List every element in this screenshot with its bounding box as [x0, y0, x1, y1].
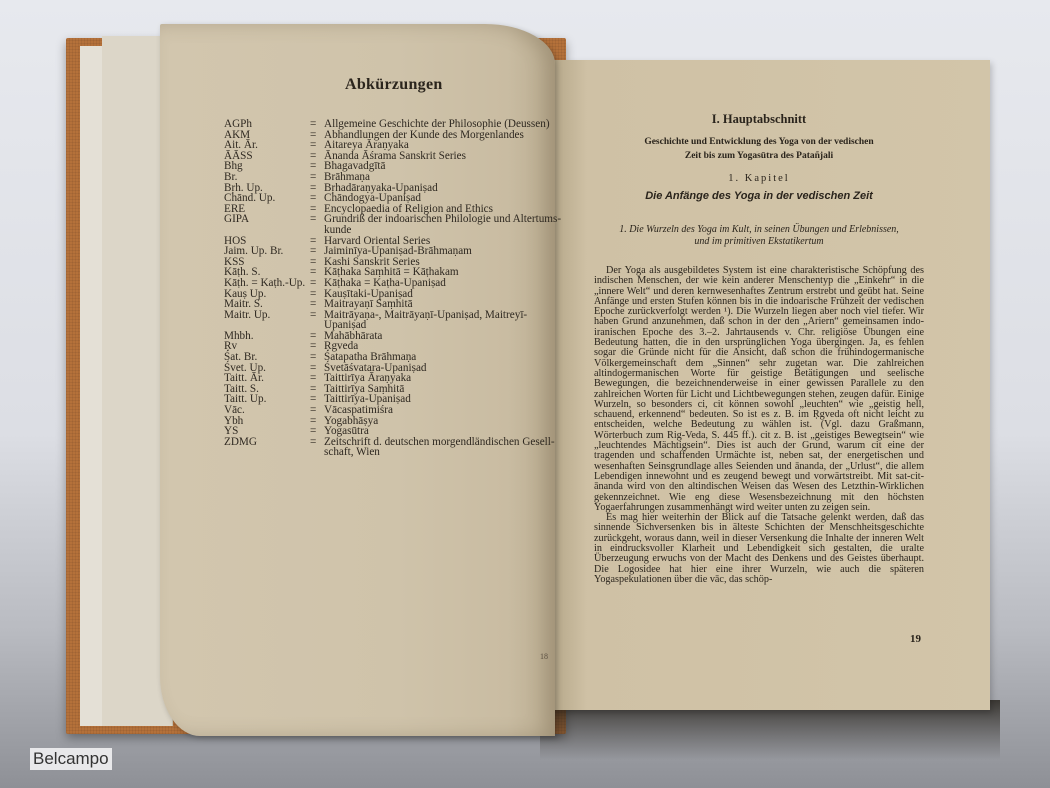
left-page-number: 18: [540, 652, 548, 661]
abbreviation-row: ĀĀSS=Ānanda Āśrama Sanskrit Series: [224, 151, 554, 162]
chapter-content: I. Hauptabschnitt Geschichte und Entwick…: [594, 112, 924, 585]
section-subtitle-1: Geschichte und Entwicklung des Yoga von …: [594, 135, 924, 149]
watermark-label: Belcampo: [30, 748, 112, 770]
abbreviation-row: Kāṭh. = Kaṭh.-Up.=Kāṭhaka = Kaṭha-Upaniṣ…: [224, 278, 554, 289]
abbreviations-list: AGPh=Allgemeine Geschichte der Philosoph…: [224, 119, 554, 458]
body-text: Der Yoga als ausgebildetes System ist ei…: [594, 266, 924, 585]
chapter-title: Die Anfänge des Yoga in der vedischen Ze…: [594, 190, 924, 202]
abbreviation-row: schaft, Wien: [224, 447, 554, 458]
equals-sign: [310, 447, 324, 458]
abbreviation-row: GIPA=Grundriß der indoarischen Philologi…: [224, 214, 554, 225]
paragraph: Es mag hier weiterhin der Blick auf die …: [594, 513, 924, 585]
abbreviation-value: Mahābhārata: [324, 331, 554, 342]
abbreviation-key: Br.: [224, 172, 310, 183]
abbreviation-key: Kāṭh. = Kaṭh.-Up.: [224, 278, 310, 289]
abbreviation-value: Allgemeine Geschichte der Philosophie (D…: [324, 119, 554, 130]
abbreviation-row: Maitr. Up.=Maitrāyaṇa-, Maitrāyaṇī-Upani…: [224, 310, 554, 321]
abbreviation-row: AGPh=Allgemeine Geschichte der Philosoph…: [224, 119, 554, 130]
equals-sign: =: [310, 119, 324, 130]
subsection-heading-2: und im primitiven Ekstatikertum: [594, 236, 924, 248]
abbreviation-value: kunde: [324, 225, 554, 236]
right-page-number: 19: [910, 633, 921, 645]
abbreviation-row: kunde: [224, 225, 554, 236]
subsection-heading-1: 1. Die Wurzeln des Yoga im Kult, in sein…: [594, 224, 924, 236]
equals-sign: =: [310, 310, 324, 321]
abbreviation-row: Ybh=Yogabhāṣya: [224, 416, 554, 427]
section-heading: I. Hauptabschnitt: [594, 112, 924, 127]
abbreviation-row: Vāc.=Vācaspatimiśra: [224, 405, 554, 416]
paragraph: Der Yoga als ausgebildetes System ist ei…: [594, 266, 924, 513]
equals-sign: [310, 225, 324, 236]
section-subtitle-2: Zeit bis zum Yogasūtra des Patañjali: [594, 149, 924, 163]
abbreviation-key: [224, 447, 310, 458]
equals-sign: =: [310, 214, 324, 225]
abbreviation-key: GIPA: [224, 214, 310, 225]
abbreviation-value: Grundriß der indoarischen Philologie und…: [324, 214, 561, 225]
abbreviation-key: Maitr. Up.: [224, 310, 310, 321]
abbreviation-key: [224, 225, 310, 236]
abbreviation-value: Brāhmaṇa: [324, 172, 554, 183]
abbreviation-value: schaft, Wien: [324, 447, 554, 458]
equals-sign: =: [310, 437, 324, 448]
chapter-number: 1. Kapitel: [594, 173, 924, 184]
abbreviation-key: ZDMG: [224, 437, 310, 448]
equals-sign: =: [310, 278, 324, 289]
equals-sign: =: [310, 172, 324, 183]
abbreviation-value: Kāṭhaka = Kaṭha-Upaniṣad: [324, 278, 554, 289]
abbreviation-row: Upaniṣad: [224, 320, 554, 331]
abbreviations-title: Abkürzungen: [345, 76, 443, 94]
abbreviation-row: Bhg=Bhagavadgītā: [224, 161, 554, 172]
abbreviation-key: AGPh: [224, 119, 310, 130]
abbreviation-row: ZDMG=Zeitschrift d. deutschen morgendlän…: [224, 437, 554, 448]
abbreviation-row: Mhbh.=Mahābhārata: [224, 331, 554, 342]
abbreviation-row: Br.=Brāhmaṇa: [224, 172, 554, 183]
